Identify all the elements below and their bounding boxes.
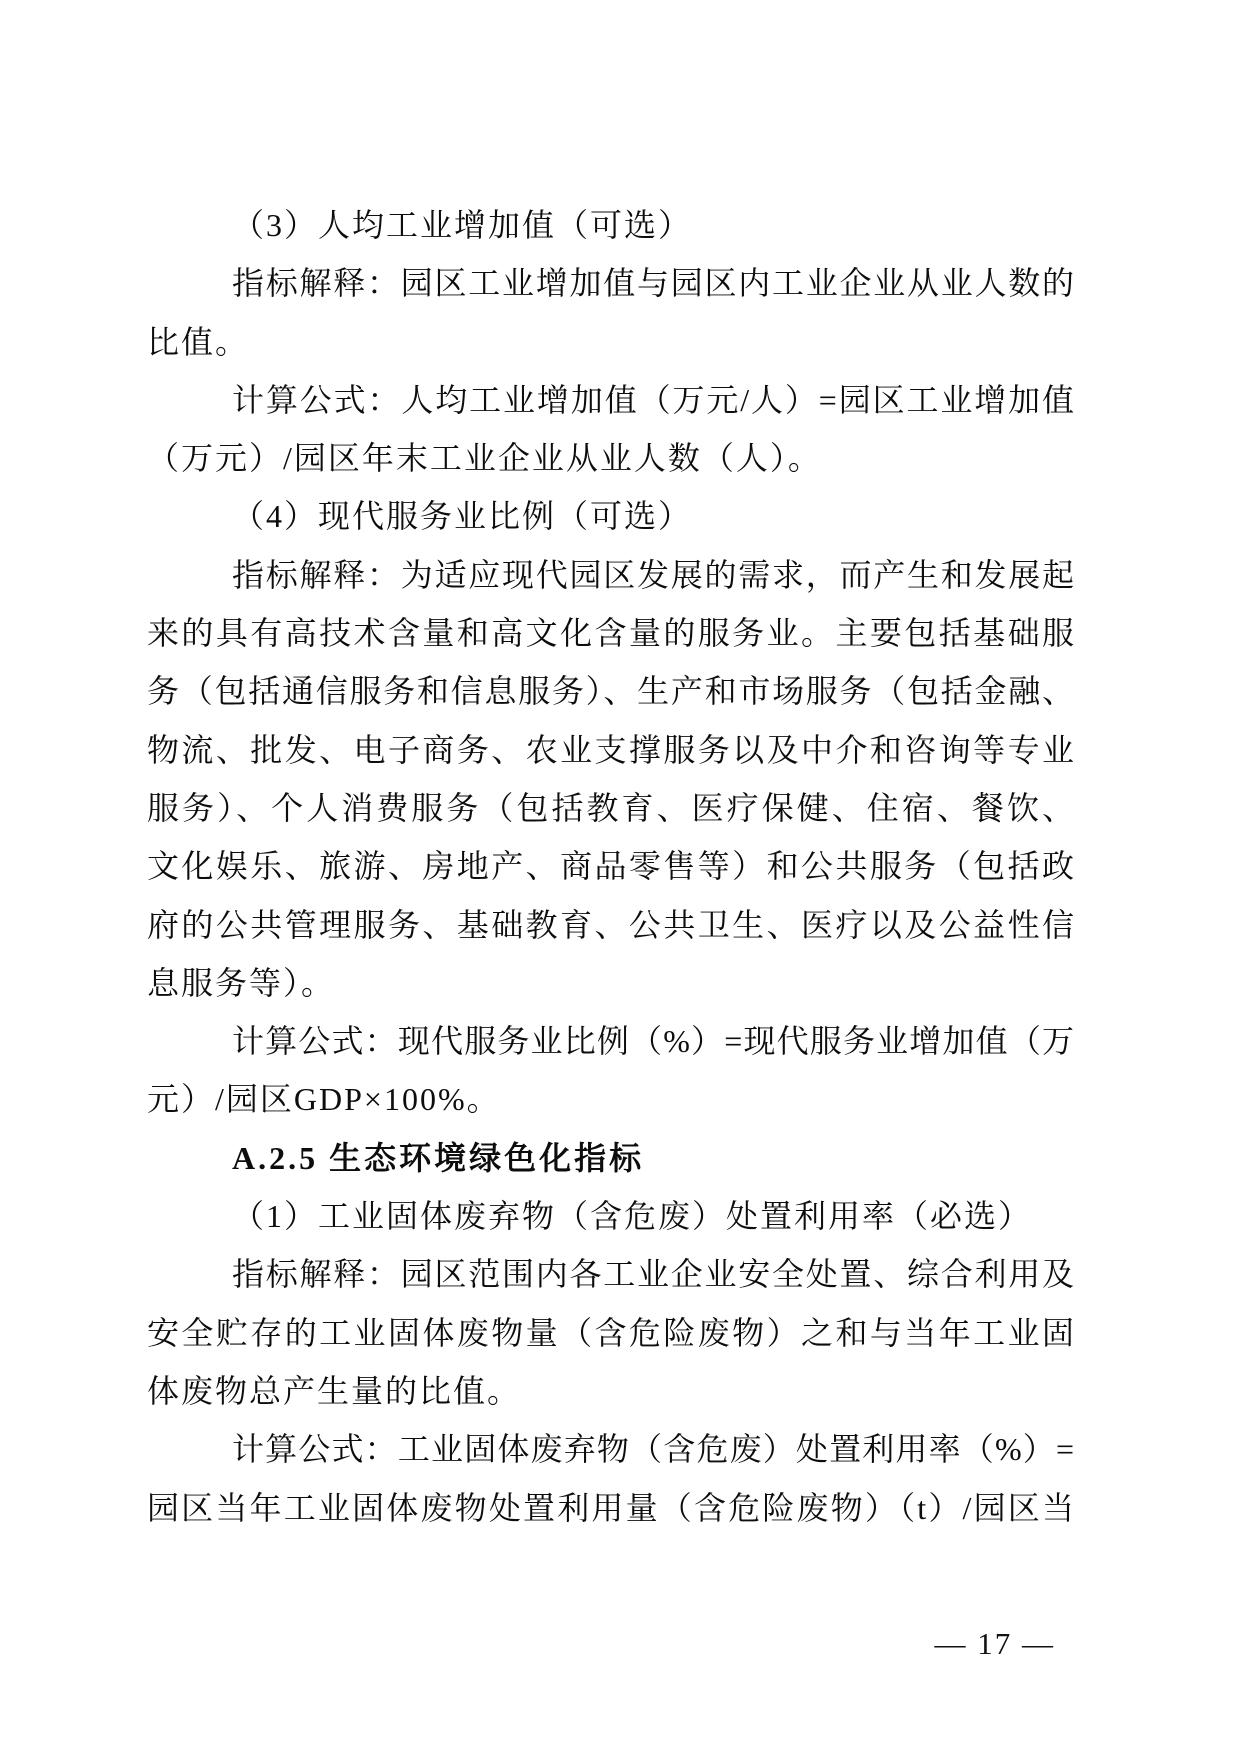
text-line: （1）工业固体废弃物（含危废）处置利用率（必选）: [147, 1187, 1074, 1245]
section-heading: A.2.5 生态环境绿色化指标: [147, 1129, 1074, 1187]
text-line: 文化娱乐、旅游、房地产、商品零售等）和公共服务（包括政: [147, 837, 1074, 895]
text-line: 安全贮存的工业固体废物量（含危险废物）之和与当年工业固: [147, 1304, 1074, 1362]
page-number: — 17 —: [935, 1626, 1056, 1662]
text-line: 比值。: [147, 313, 1074, 371]
text-line: 计算公式：现代服务业比例（%）=现代服务业增加值（万: [147, 1012, 1074, 1070]
text-line: 指标解释：园区范围内各工业企业安全处置、综合利用及: [147, 1245, 1074, 1303]
text-line: 府的公共管理服务、基础教育、公共卫生、医疗以及公益性信: [147, 896, 1074, 954]
text-line: 息服务等）。: [147, 954, 1074, 1012]
text-line: 元）/园区GDP×100%。: [147, 1070, 1074, 1128]
text-line: （3）人均工业增加值（可选）: [147, 196, 1074, 254]
document-body: （3）人均工业增加值（可选）指标解释：园区工业增加值与园区内工业企业从业人数的比…: [147, 196, 1074, 1537]
text-line: 计算公式：人均工业增加值（万元/人）=园区工业增加值: [147, 371, 1074, 429]
text-line: 园区当年工业固体废物处置利用量（含危险废物）（t）/园区当: [147, 1479, 1074, 1537]
text-line: 指标解释：为适应现代园区发展的需求，而产生和发展起: [147, 546, 1074, 604]
text-line: 务（包括通信服务和信息服务）、生产和市场服务（包括金融、: [147, 662, 1074, 720]
text-line: 计算公式：工业固体废弃物（含危废）处置利用率（%）=: [147, 1420, 1074, 1478]
text-line: 指标解释：园区工业增加值与园区内工业企业从业人数的: [147, 254, 1074, 312]
text-line: （4）现代服务业比例（可选）: [147, 487, 1074, 545]
text-line: （万元）/园区年末工业企业从业人数（人）。: [147, 429, 1074, 487]
text-line: 来的具有高技术含量和高文化含量的服务业。主要包括基础服: [147, 604, 1074, 662]
text-line: 物流、批发、电子商务、农业支撑服务以及中介和咨询等专业: [147, 721, 1074, 779]
document-page: （3）人均工业增加值（可选）指标解释：园区工业增加值与园区内工业企业从业人数的比…: [0, 0, 1240, 1753]
text-line: 服务）、个人消费服务（包括教育、医疗保健、住宿、餐饮、: [147, 779, 1074, 837]
text-line: 体废物总产生量的比值。: [147, 1362, 1074, 1420]
